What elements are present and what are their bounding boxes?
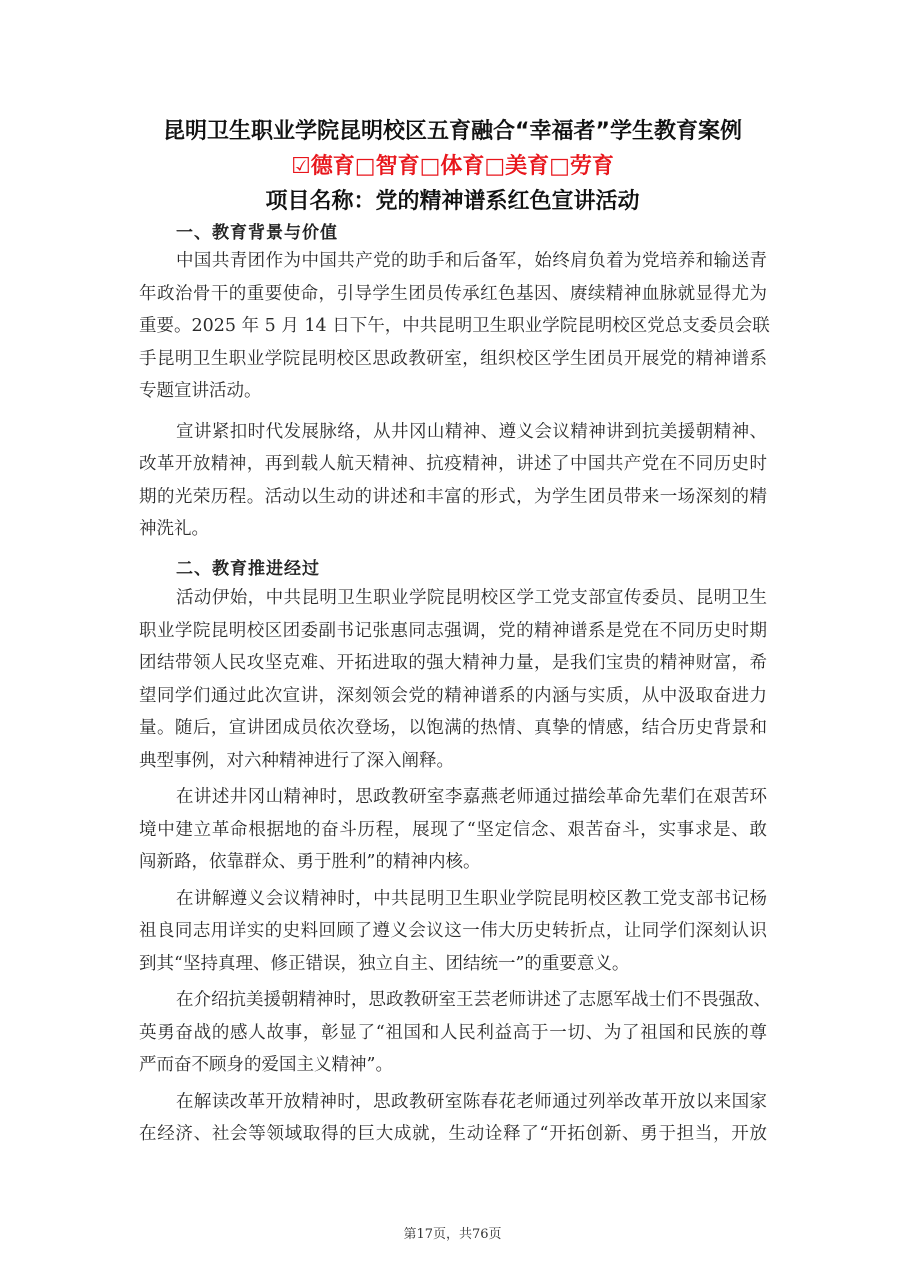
text-line: 期的光荣历程。活动以生动的讲述和丰富的形式，为学生团员带来一场深刻的精	[139, 481, 767, 514]
text-line: 境中建立革命根据地的奋斗历程，展现了“坚定信念、艰苦奋斗，实事求是、敢	[139, 814, 767, 847]
text-line: 改革开放精神，再到载人航天精神、抗疫精神，讲述了中国共产党在不同历史时	[139, 448, 767, 481]
paragraph: 在介绍抗美援朝精神时，思政教研室王芸老师讲述了志愿军战士们不畏强敌、 英勇奋战的…	[139, 984, 767, 1082]
text-line: 职业学院昆明校区团委副书记张惠同志强调，党的精神谱系是党在不同历史时期	[139, 615, 767, 648]
text-line: 到其“坚持真理、修正错误，独立自主、团结统一”的重要意义。	[139, 948, 767, 981]
paragraph: 在讲解遵义会议精神时，中共昆明卫生职业学院昆明校区教工党支部书记杨 祖良同志用详…	[139, 883, 767, 981]
document-title: 昆明卫生职业学院昆明校区五育融合“幸福者”学生教育案例	[0, 114, 905, 145]
paragraph: 在解读改革开放精神时，思政教研室陈春花老师通过列举改革开放以来国家 在经济、社会…	[139, 1086, 767, 1151]
text-line: 严而奋不顾身的爱国主义精神”。	[139, 1049, 767, 1082]
text-line: 中国共青团作为中国共产党的助手和后备军，始终肩负着为党培养和输送青	[139, 245, 767, 278]
education-category-checklist: ☑德育□智育□体育□美育□劳育	[0, 149, 905, 180]
document-page: 昆明卫生职业学院昆明校区五育融合“幸福者”学生教育案例 ☑德育□智育□体育□美育…	[0, 0, 905, 1280]
text-line: 闯新路，依靠群众、勇于胜利”的精神内核。	[139, 846, 767, 879]
text-line: 活动伊始，中共昆明卫生职业学院昆明校区学工党支部宣传委员、昆明卫生	[139, 582, 767, 615]
text-line: 重要。2025 年 5 月 14 日下午，中共昆明卫生职业学院昆明校区党总支委员…	[139, 310, 767, 343]
text-line: 望同学们通过此次宣讲，深刻领会党的精神谱系的内涵与实质，从中汲取奋进力	[139, 680, 767, 713]
section-heading-background: 一、教育背景与价值	[176, 218, 338, 243]
section-heading-process: 二、教育推进经过	[176, 554, 320, 579]
text-line: 祖良同志用详实的史料回顾了遵义会议这一伟大历史转折点，让同学们深刻认识	[139, 915, 767, 948]
text-line: 宣讲紧扣时代发展脉络，从井冈山精神、遵义会议精神讲到抗美援朝精神、	[139, 416, 767, 449]
text-line: 年政治骨干的重要使命，引导学生团员传承红色基因、赓续精神血脉就显得尤为	[139, 278, 767, 311]
text-line: 量。随后，宣讲团成员依次登场，以饱满的热情、真挚的情感，结合历史背景和	[139, 712, 767, 745]
text-line: 在解读改革开放精神时，思政教研室陈春花老师通过列举改革开放以来国家	[139, 1086, 767, 1119]
page-indicator: 第17页，共76页	[0, 1223, 905, 1242]
text-line: 团结带领人民攻坚克难、开拓进取的强大精神力量，是我们宝贵的精神财富，希	[139, 647, 767, 680]
text-line: 在介绍抗美援朝精神时，思政教研室王芸老师讲述了志愿军战士们不畏强敌、	[139, 984, 767, 1017]
text-line: 典型事例，对六种精神进行了深入阐释。	[139, 745, 767, 778]
text-line: 神洗礼。	[139, 513, 767, 546]
section-body-process: 活动伊始，中共昆明卫生职业学院昆明校区学工党支部宣传委员、昆明卫生 职业学院昆明…	[139, 582, 767, 1151]
paragraph: 活动伊始，中共昆明卫生职业学院昆明校区学工党支部宣传委员、昆明卫生 职业学院昆明…	[139, 582, 767, 777]
project-name: 项目名称：党的精神谱系红色宣讲活动	[0, 184, 905, 215]
text-line: 手昆明卫生职业学院昆明校区思政教研室，组织校区学生团员开展党的精神谱系	[139, 343, 767, 376]
text-line: 在讲解遵义会议精神时，中共昆明卫生职业学院昆明校区教工党支部书记杨	[139, 883, 767, 916]
paragraph: 在讲述井冈山精神时，思政教研室李嘉燕老师通过描绘革命先辈们在艰苦环 境中建立革命…	[139, 781, 767, 879]
text-line: 在讲述井冈山精神时，思政教研室李嘉燕老师通过描绘革命先辈们在艰苦环	[139, 781, 767, 814]
text-line: 在经济、社会等领域取得的巨大成就，生动诠释了“开拓创新、勇于担当，开放	[139, 1118, 767, 1151]
section-body-background: 中国共青团作为中国共产党的助手和后备军，始终肩负着为党培养和输送青 年政治骨干的…	[139, 245, 767, 546]
paragraph: 中国共青团作为中国共产党的助手和后备军，始终肩负着为党培养和输送青 年政治骨干的…	[139, 245, 767, 408]
text-line: 专题宣讲活动。	[139, 375, 767, 408]
paragraph: 宣讲紧扣时代发展脉络，从井冈山精神、遵义会议精神讲到抗美援朝精神、 改革开放精神…	[139, 416, 767, 546]
text-line: 英勇奋战的感人故事，彰显了“祖国和人民利益高于一切、为了祖国和民族的尊	[139, 1017, 767, 1050]
